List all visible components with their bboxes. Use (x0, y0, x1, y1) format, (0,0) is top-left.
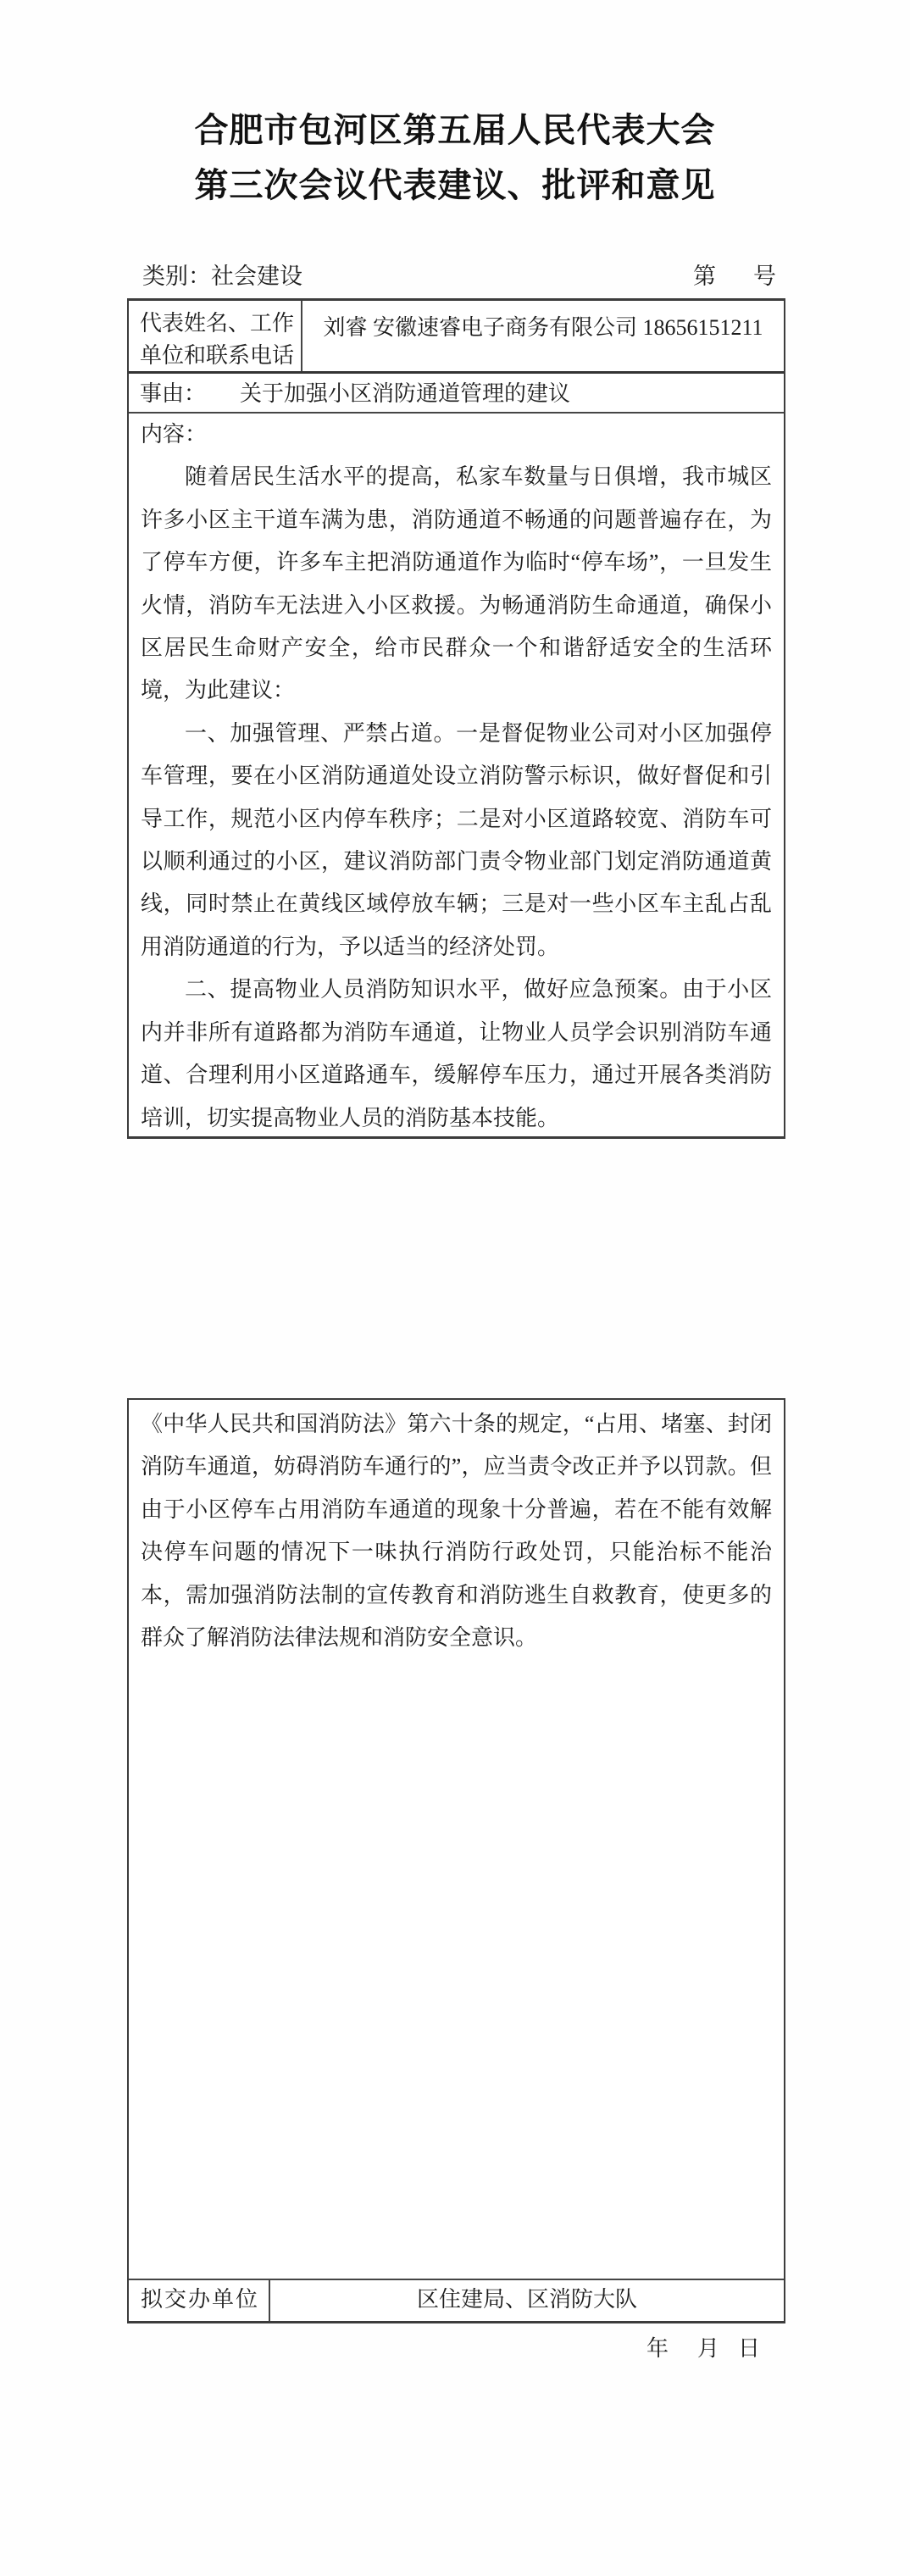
continuation-cell: 《中华人民共和国消防法》第六十条的规定，“占用、堵塞、封闭消防车通道，妨碍消防车… (129, 1400, 784, 2280)
content-cell: 内容： 随着居民生活水平的提高，私家车数量与日俱增，我市城区许多小区主干道车满为… (129, 414, 784, 1135)
form-table-page1: 代表姓名、工作 单位和联系电话 刘睿 安徽速睿电子商务有限公司 18656151… (127, 298, 785, 1139)
assignment-label: 拟交办单位 (129, 2280, 270, 2321)
date-line: 年 月 日 (127, 2336, 785, 2362)
date-day-label: 日 (738, 2336, 760, 2362)
category-value: 社会建设 (211, 264, 302, 289)
content-paragraph-3: 二、提高物业人员消防知识水平，做好应急预案。由于小区内并非所有道路都为消防车通道… (141, 969, 772, 1135)
category-label: 类别： (142, 264, 211, 289)
representative-label: 代表姓名、工作 单位和联系电话 (129, 301, 302, 371)
subject-row: 事由：关于加强小区消防通道管理的建议 (129, 374, 784, 414)
document-title: 合肥市包河区第五届人民代表大会 第三次会议代表建议、批评和意见 (0, 103, 910, 214)
representative-label-line2: 单位和联系电话 (140, 340, 301, 372)
title-line-1: 合肥市包河区第五届人民代表大会 (0, 103, 910, 158)
document-number-field: 第 号 (693, 258, 776, 291)
form-table-page2: 《中华人民共和国消防法》第六十条的规定，“占用、堵塞、封闭消防车通道，妨碍消防车… (127, 1398, 785, 2323)
document-page: 合肥市包河区第五届人民代表大会 第三次会议代表建议、批评和意见 类别：社会建设 … (0, 0, 910, 2576)
assignment-row: 拟交办单位 区住建局、区消防大队 (129, 2280, 784, 2321)
date-year-label: 年 (646, 2336, 669, 2362)
number-prefix: 第 (693, 258, 716, 291)
meta-row: 类别：社会建设 第 号 (127, 258, 785, 289)
representative-row: 代表姓名、工作 单位和联系电话 刘睿 安徽速睿电子商务有限公司 18656151… (129, 301, 784, 374)
category-field: 类别：社会建设 (142, 258, 302, 291)
number-suffix: 号 (753, 258, 776, 291)
content-paragraph-1: 随着居民生活水平的提高，私家车数量与日俱增，我市城区许多小区主干道车满为患，消防… (141, 456, 772, 712)
subject-value: 关于加强小区消防通道管理的建议 (240, 381, 570, 406)
subject-label: 事由： (140, 381, 206, 406)
continuation-paragraph: 《中华人民共和国消防法》第六十条的规定，“占用、堵塞、封闭消防车通道，妨碍消防车… (141, 1403, 772, 1659)
representative-value: 刘睿 安徽速睿电子商务有限公司 18656151211 (302, 301, 784, 371)
content-paragraph-2: 一、加强管理、严禁占道。一是督促物业公司对小区加强停车管理，要在小区消防通道处设… (141, 713, 772, 969)
title-line-2: 第三次会议代表建议、批评和意见 (0, 158, 910, 214)
date-month-label: 月 (697, 2336, 719, 2362)
representative-label-line1: 代表姓名、工作 (140, 308, 301, 340)
content-label: 内容： (141, 414, 772, 456)
assignment-value: 区住建局、区消防大队 (270, 2280, 784, 2321)
